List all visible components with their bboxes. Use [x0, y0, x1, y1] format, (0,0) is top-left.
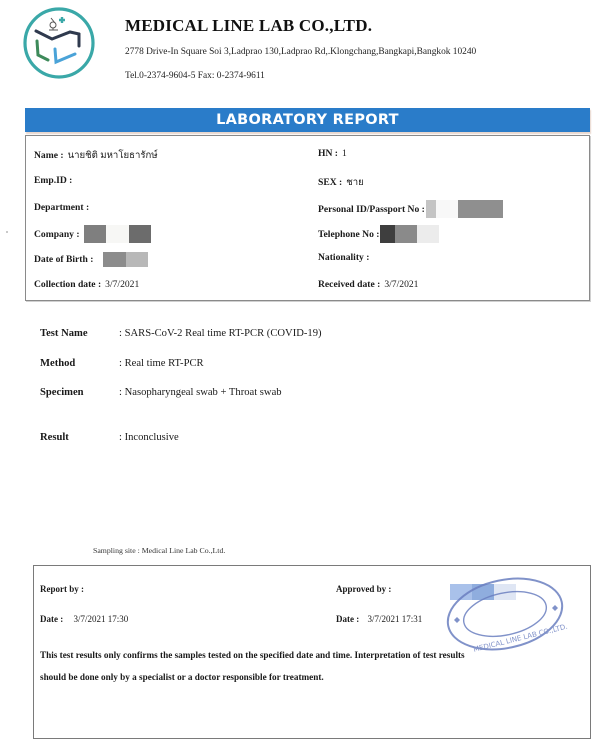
result-row: Result: Inconclusive [40, 432, 179, 443]
test-label: Method [40, 358, 119, 369]
redaction-block [426, 200, 436, 218]
field-company: Company : [34, 225, 151, 243]
specimen-row: Specimen: Nasopharyngeal swab + Throat s… [40, 387, 282, 398]
redaction-block [458, 200, 503, 218]
disclaimer-line-1: This test results only confirms the samp… [40, 650, 465, 660]
redaction-block [106, 225, 129, 243]
approved-date-label: Date : [336, 614, 359, 624]
redaction-block [395, 225, 417, 243]
field-label: Telephone No : [318, 229, 379, 240]
patient-info-box: Name : นายชิติ มหาโยธารักษ์ Emp.ID : Dep… [25, 135, 590, 301]
field-label: Personal ID/Passport No : [318, 204, 425, 215]
sampling-site: Sampling site : Medical Line Lab Co.,Ltd… [93, 546, 225, 555]
approved-date: Date : 3/7/2021 17:31 [336, 614, 422, 624]
scan-speck [6, 231, 8, 233]
redaction-block [436, 200, 458, 218]
report-date-label: Date : [40, 614, 63, 624]
field-value: ชาย [346, 175, 364, 190]
company-logo-icon [22, 6, 96, 80]
test-value: : Nasopharyngeal swab + Throat swab [119, 387, 282, 398]
field-label: Emp.ID : [34, 175, 72, 186]
test-value: : Real time RT-PCR [119, 358, 204, 369]
company-contact: Tel.0-2374-9604-5 Fax: 0-2374-9611 [125, 71, 265, 81]
report-by-label: Report by : [40, 584, 84, 594]
field-label: Department : [34, 202, 89, 213]
field-label: Collection date : [34, 279, 101, 290]
report-by: Report by : [40, 584, 84, 594]
report-title: LABORATORY REPORT [216, 112, 399, 128]
report-date: Date : 3/7/2021 17:30 [40, 614, 128, 624]
test-label: Result [40, 432, 119, 443]
field-label: Company : [34, 229, 80, 240]
field-label: SEX : [318, 177, 342, 188]
test-label: Specimen [40, 387, 119, 398]
test-value: : Inconclusive [119, 432, 179, 443]
field-telephone: Telephone No : [318, 225, 439, 243]
field-received-date: Received date : 3/7/2021 [318, 279, 418, 290]
field-label: HN : [318, 148, 338, 159]
field-value: 1 [342, 148, 347, 159]
field-label: Name : [34, 150, 64, 161]
field-collection-date: Collection date : 3/7/2021 [34, 279, 139, 290]
field-value: นายชิติ มหาโยธารักษ์ [68, 148, 158, 163]
redaction-block [129, 225, 151, 243]
redaction-block [126, 252, 148, 267]
stamp-text: MEDICAL LINE LAB CO.,LTD. [472, 623, 568, 654]
field-sex: SEX : ชาย [318, 175, 364, 190]
field-date-of-birth: Date of Birth : [34, 252, 148, 267]
approved-by: Approved by : [336, 584, 391, 594]
field-nationality: Nationality : [318, 252, 369, 263]
test-name-row: Test Name: SARS-CoV-2 Real time RT-PCR (… [40, 328, 322, 339]
field-value: 3/7/2021 [105, 279, 139, 290]
field-label: Received date : [318, 279, 380, 290]
method-row: Method: Real time RT-PCR [40, 358, 204, 369]
disclaimer-line-2: should be done only by a specialist or a… [40, 672, 324, 682]
company-name: MEDICAL LINE LAB CO.,LTD. [125, 16, 372, 36]
report-date-value: 3/7/2021 17:30 [74, 614, 129, 624]
report-banner: LABORATORY REPORT [25, 108, 590, 132]
company-address: 2778 Drive-In Square Soi 3,Ladprao 130,L… [125, 47, 476, 57]
redaction-block [103, 252, 126, 267]
company-stamp-icon: MEDICAL LINE LAB CO.,LTD. [440, 568, 570, 658]
field-label: Nationality : [318, 252, 369, 263]
field-personal-id: Personal ID/Passport No : [318, 200, 503, 218]
redaction-block [380, 225, 395, 243]
approved-by-label: Approved by : [336, 584, 391, 594]
test-value: : SARS-CoV-2 Real time RT-PCR (COVID-19) [119, 328, 322, 339]
approved-date-value: 3/7/2021 17:31 [368, 614, 423, 624]
field-name: Name : นายชิติ มหาโยธารักษ์ [34, 148, 158, 163]
test-label: Test Name [40, 328, 119, 339]
field-department: Department : [34, 202, 89, 213]
field-emp-id: Emp.ID : [34, 175, 72, 186]
field-label: Date of Birth : [34, 254, 93, 265]
redaction-block [417, 225, 439, 243]
field-value: 3/7/2021 [384, 279, 418, 290]
redaction-block [84, 225, 106, 243]
field-hn: HN : 1 [318, 148, 347, 159]
